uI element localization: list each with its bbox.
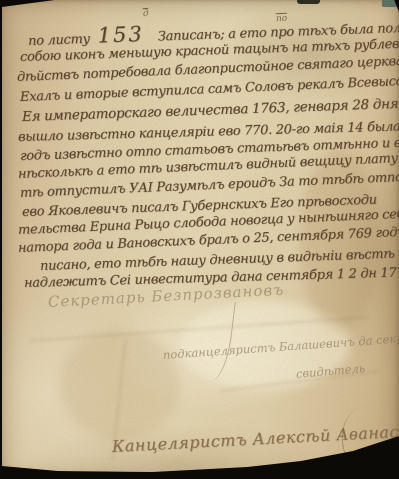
paper-sheet: д по по листу153Записанъ; а ето про тѣхъ… bbox=[0, 0, 399, 479]
line1-prefix: по листу bbox=[28, 32, 90, 49]
pen-flourish-stroke bbox=[334, 404, 386, 464]
paper-edge-mark bbox=[382, 0, 399, 7]
marginal-note: д bbox=[143, 9, 149, 19]
page-number: 153 bbox=[89, 21, 158, 47]
manuscript-photo: д по по листу153Записанъ; а ето про тѣхъ… bbox=[0, 0, 399, 479]
paper-edge-mark bbox=[297, 0, 320, 4]
